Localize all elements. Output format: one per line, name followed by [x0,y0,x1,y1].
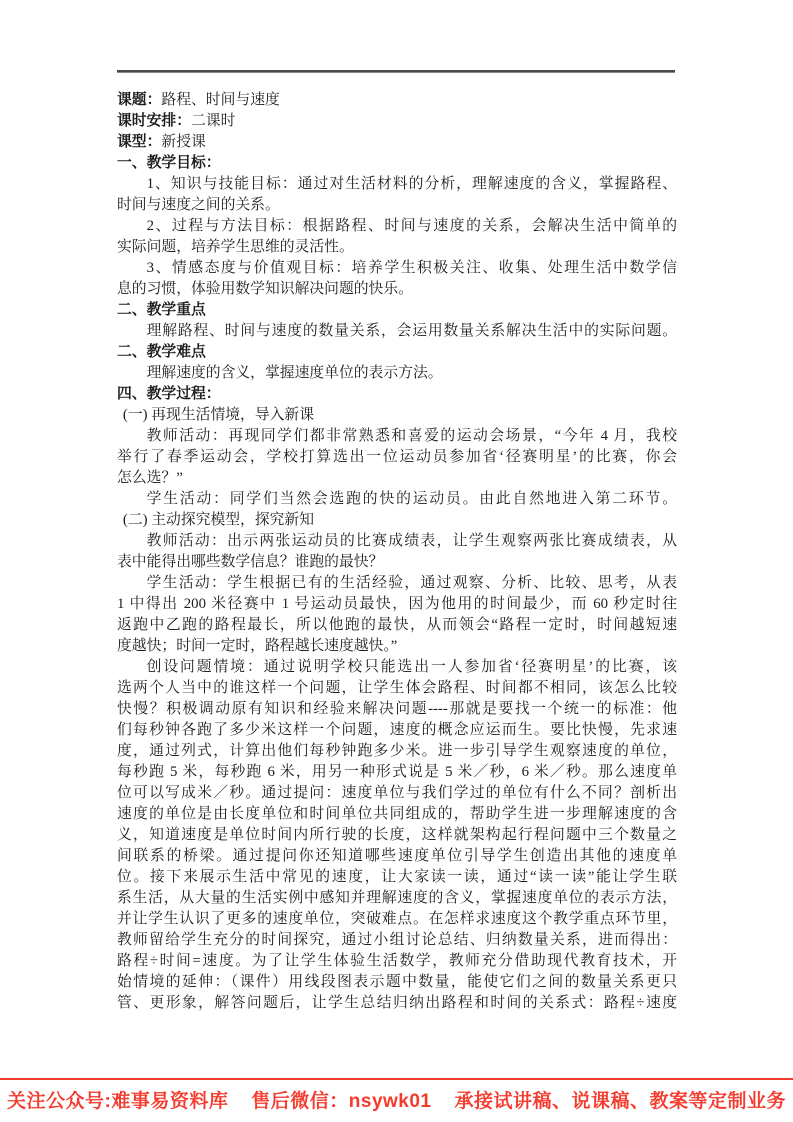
doc-line: 位可以写成米／秒。通过提问：速度单位与我们学过的单位有什么不同？剖析出 [117,783,677,804]
promo-segment-services: 承接试讲稿、说课稿、教案等定制业务 [454,1086,786,1113]
doc-line: (一) 再现生活情境，导入新课 [117,405,677,426]
doc-text: 管、更形象，解答问题后，让学生总结归纳出路程和时间的关系式：路程÷速度 [117,995,677,1011]
doc-line: 课时安排：二课时 [117,111,677,132]
doc-text: (一) 再现生活情境，导入新课 [123,407,314,423]
doc-text: 学生活动：学生根据已有的生活经验，通过观察、分析、比较、思考，从表 [147,575,677,591]
doc-text: 教师活动：出示两张运动员的比赛成绩表，让学生观察两张比赛成绩表，从 [147,533,677,549]
doc-text: 教师活动：再现同学们都非常熟悉和喜爱的运动会场景，“今年 4 月，我校 [147,428,677,444]
doc-heading-text: 课时安排： [117,113,191,129]
doc-line: (二) 主动探究模型，探究新知 [117,510,677,531]
doc-text: 理解路程、时间与速度的数量关系，会运用数量关系解决生活中的实际问题。 [147,323,677,339]
doc-text: 快慢？积极调动原有知识和经验来解决问题----那就是要找一个统一的标准：他 [117,701,677,717]
doc-text: 二课时 [191,113,235,129]
doc-line: 怎么选？” [117,468,677,489]
doc-line: 课型：新授课 [117,132,677,153]
doc-line: 1 中得出 200 米径赛中 1 号运动员最快，因为他用的时间最少，而 60 秒… [117,594,677,615]
doc-heading-text: 二、教学重点 [117,302,206,318]
doc-line: 一、教学目标： [117,153,677,174]
doc-line: 返跑中乙跑的路程最长，所以他跑的最快，从而领会“路程一定时，时间越短速 [117,615,677,636]
header-rule [117,70,675,73]
doc-line: 举行了春季运动会，学校打算选出一位运动员参加省‘径赛明星’的比赛，你会 [117,447,677,468]
doc-line: 息的习惯，体验用数学知识解决问题的快乐。 [117,279,677,300]
doc-line: 快慢？积极调动原有知识和经验来解决问题----那就是要找一个统一的标准：他 [117,699,677,720]
promo-segment-aftersale-wechat: 售后微信：nsywk01 [251,1086,431,1113]
doc-text: 度越快；时间一定时，路程越长速度越快。” [117,638,397,654]
promo-footer: 关注公众号:难事易资料库 售后微信：nsywk01 承接试讲稿、说课稿、教案等定… [0,1086,793,1113]
doc-line: 理解速度的含义，掌握速度单位的表示方法。 [117,363,677,384]
doc-text: 新授课 [161,134,205,150]
doc-text: 2、过程与方法目标：根据路程、时间与速度的关系，会解决生活中简单的 [147,218,677,234]
doc-text: 每秒跑 5 米，每秒跑 6 米，用另一种形式说是 5 米／秒，6 米／秒。那么速… [117,764,677,780]
doc-line: 管、更形象，解答问题后，让学生总结归纳出路程和时间的关系式：路程÷速度 [117,993,677,1014]
doc-line: 课题：路程、时间与速度 [117,90,677,111]
doc-line: 实际问题，培养学生思维的灵活性。 [117,237,677,258]
doc-text: 系生活，从大量的生活实例中感知并理解速度的含义，掌握速度单位的表示方法， [117,890,677,906]
doc-line: 速度的单位是由长度单位和时间单位共同组成的，帮助学生进一步理解速度的含 [117,804,677,825]
doc-line: 学生活动：同学们当然会选跑的快的运动员。由此自然地进入第二环节。 [117,489,677,510]
doc-line: 义，知道速度是单位时间内所行驶的长度，这样就架构起行程问题中三个数量之 [117,825,677,846]
doc-line: 们每秒钟各跑了多少米这样一个问题，速度的概念应运而生。要比快慢，先求速 [117,720,677,741]
doc-text: 实际问题，培养学生思维的灵活性。 [117,239,354,255]
doc-text: 间联系的桥梁。通过提问你还知道哪些速度单位引导学生创造出其他的速度单 [117,848,677,864]
doc-line: 表中能得出哪些数学信息？谁跑的最快？ [117,552,677,573]
doc-text: 怎么选？” [117,470,183,486]
doc-text: 路程、时间与速度 [161,92,279,108]
doc-text: 表中能得出哪些数学信息？谁跑的最快？ [117,554,383,570]
doc-line: 3、情感态度与价值观目标：培养学生积极关注、收集、处理生活中数学信 [117,258,677,279]
footer-rule [0,1078,793,1080]
doc-line: 路程÷时间=速度。为了让学生体验生活数学，教师充分借助现代教育技术，开 [117,951,677,972]
doc-line: 学生活动：学生根据已有的生活经验，通过观察、分析、比较、思考，从表 [117,573,677,594]
doc-heading-text: 二、教学难点 [117,344,206,360]
doc-line: 每秒跑 5 米，每秒跑 6 米，用另一种形式说是 5 米／秒，6 米／秒。那么速… [117,762,677,783]
document-page: 课题：路程、时间与速度课时安排：二课时课型：新授课一、教学目标：1、知识与技能目… [0,0,793,1122]
doc-line: 理解路程、时间与速度的数量关系，会运用数量关系解决生活中的实际问题。 [117,321,677,342]
doc-line: 度越快；时间一定时，路程越长速度越快。” [117,636,677,657]
doc-line: 位。接下来展示生活中常见的速度，让大家读一读，通过“读一读”能让学生联 [117,867,677,888]
doc-text: 创设问题情境：通过说明学校只能选出一人参加省‘径赛明星’的比赛，该 [147,659,677,675]
doc-line: 二、教学重点 [117,300,677,321]
doc-line: 时间与速度之间的关系。 [117,195,677,216]
doc-text: 路程÷时间=速度。为了让学生体验生活数学，教师充分借助现代教育技术，开 [117,953,677,969]
doc-line: 教师活动：出示两张运动员的比赛成绩表，让学生观察两张比赛成绩表，从 [117,531,677,552]
doc-text: 们每秒钟各跑了多少米这样一个问题，速度的概念应运而生。要比快慢，先求速 [117,722,677,738]
doc-line: 教师留给学生充分的时间探究，通过小组讨论总结、归纳数量关系，进而得出： [117,930,677,951]
doc-text: 息的习惯，体验用数学知识解决问题的快乐。 [117,281,413,297]
doc-text: 义，知道速度是单位时间内所行驶的长度，这样就架构起行程问题中三个数量之 [117,827,677,843]
doc-heading-text: 四、教学过程： [117,386,221,402]
doc-line: 1、知识与技能目标：通过对生活材料的分析，理解速度的含义，掌握路程、 [117,174,677,195]
doc-text: 时间与速度之间的关系。 [117,197,280,213]
doc-line: 系生活，从大量的生活实例中感知并理解速度的含义，掌握速度单位的表示方法， [117,888,677,909]
doc-text: 返跑中乙跑的路程最长，所以他跑的最快，从而领会“路程一定时，时间越短速 [117,617,677,633]
doc-heading-text: 课题： [117,92,161,108]
doc-text: 始情境的延伸：（课件）用线段图表示题中数量，能使它们之间的数量关系更只 [117,974,677,990]
promo-segment-official-account: 关注公众号:难事易资料库 [7,1086,228,1113]
doc-heading-text: 课型： [117,134,161,150]
doc-text: 学生活动：同学们当然会选跑的快的运动员。由此自然地进入第二环节。 [147,491,677,507]
doc-text: 举行了春季运动会，学校打算选出一位运动员参加省‘径赛明星’的比赛，你会 [117,449,677,465]
doc-line: 创设问题情境：通过说明学校只能选出一人参加省‘径赛明星’的比赛，该 [117,657,677,678]
doc-line: 四、教学过程： [117,384,677,405]
doc-text: 位可以写成米／秒。通过提问：速度单位与我们学过的单位有什么不同？剖析出 [117,785,677,801]
doc-line: 间联系的桥梁。通过提问你还知道哪些速度单位引导学生创造出其他的速度单 [117,846,677,867]
doc-line: 二、教学难点 [117,342,677,363]
doc-line: 2、过程与方法目标：根据路程、时间与速度的关系，会解决生活中简单的 [117,216,677,237]
doc-text: 3、情感态度与价值观目标：培养学生积极关注、收集、处理生活中数学信 [147,260,677,276]
doc-text: 选两个人当中的谁这样一个问题，让学生体会路程、时间都不相同，该怎么比较 [117,680,677,696]
doc-text: 度，通过列式，计算出他们每秒钟跑多少米。进一步引导学生观察速度的单位， [117,743,677,759]
doc-text: 1 中得出 200 米径赛中 1 号运动员最快，因为他用的时间最少，而 60 秒… [117,596,677,612]
document-body: 课题：路程、时间与速度课时安排：二课时课型：新授课一、教学目标：1、知识与技能目… [117,90,677,1014]
doc-text: 并让学生认识了更多的速度单位，突破难点。在怎样求速度这个教学重点环节里， [117,911,677,927]
doc-text: (二) 主动探究模型，探究新知 [123,512,314,528]
doc-text: 理解速度的含义，掌握速度单位的表示方法。 [147,365,443,381]
doc-text: 速度的单位是由长度单位和时间单位共同组成的，帮助学生进一步理解速度的含 [117,806,677,822]
doc-line: 教师活动：再现同学们都非常熟悉和喜爱的运动会场景，“今年 4 月，我校 [117,426,677,447]
doc-line: 并让学生认识了更多的速度单位，突破难点。在怎样求速度这个教学重点环节里， [117,909,677,930]
doc-text: 位。接下来展示生活中常见的速度，让大家读一读，通过“读一读”能让学生联 [117,869,677,885]
doc-text: 教师留给学生充分的时间探究，通过小组讨论总结、归纳数量关系，进而得出： [117,932,677,948]
doc-text: 1、知识与技能目标：通过对生活材料的分析，理解速度的含义，掌握路程、 [147,176,677,192]
doc-line: 选两个人当中的谁这样一个问题，让学生体会路程、时间都不相同，该怎么比较 [117,678,677,699]
doc-line: 度，通过列式，计算出他们每秒钟跑多少米。进一步引导学生观察速度的单位， [117,741,677,762]
doc-heading-text: 一、教学目标： [117,155,221,171]
doc-line: 始情境的延伸：（课件）用线段图表示题中数量，能使它们之间的数量关系更只 [117,972,677,993]
